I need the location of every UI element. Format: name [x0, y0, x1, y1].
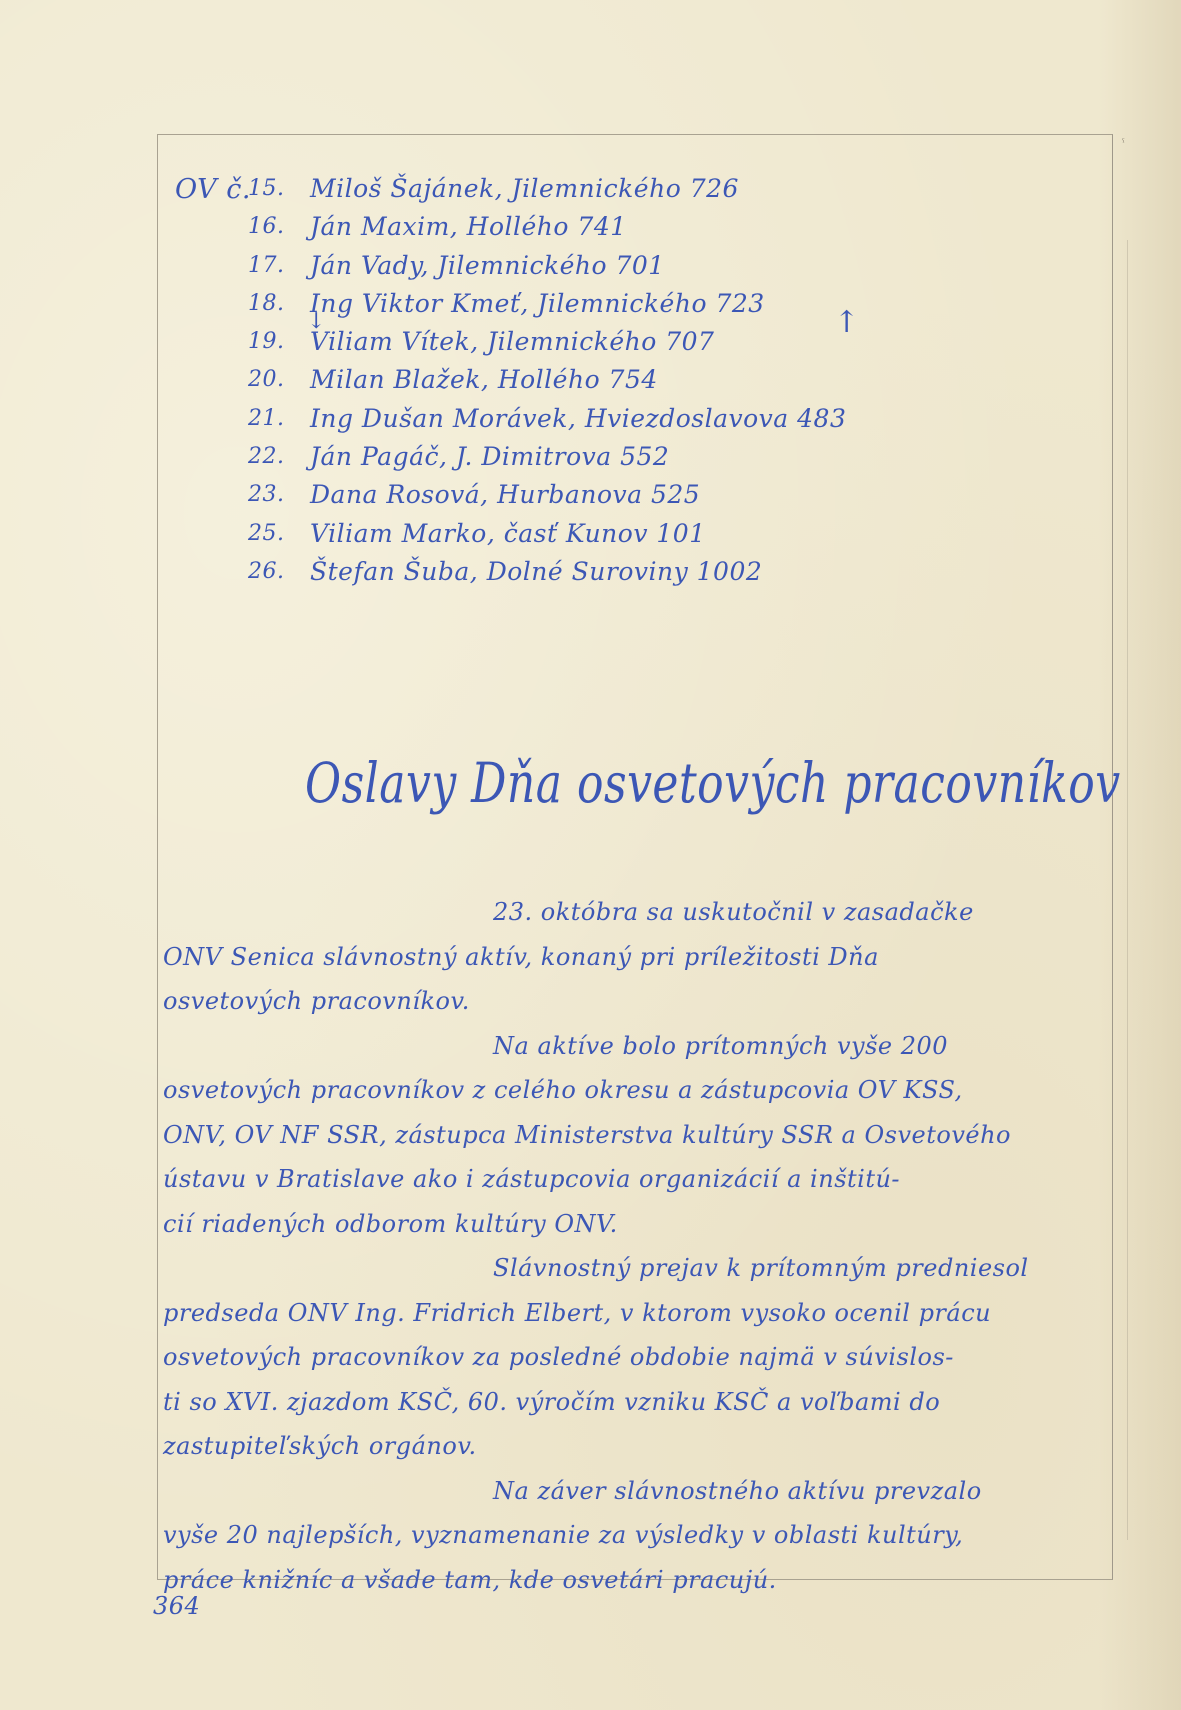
list-item: 21. Ing Dušan Morávek, Hviezdoslavova 48…: [248, 400, 846, 438]
list-item-number: 18.: [248, 285, 310, 323]
list-item-text: Miloš Šajánek, Jilemnického 726: [310, 170, 739, 208]
page-number: 364: [153, 1592, 200, 1620]
text-line: zastupiteľských orgánov.: [163, 1424, 1103, 1469]
list-item-text: Dana Rosová, Hurbanova 525: [310, 476, 700, 514]
text-line: predseda ONV Ing. Fridrich Elbert, v kto…: [163, 1291, 1103, 1336]
text-line: ústavu v Bratislave ako i zástupcovia or…: [163, 1157, 1103, 1202]
list-item: 19. Viliam Vítek, Jilemnického 707: [248, 323, 846, 361]
list-item: 20. Milan Blažek, Hollého 754: [248, 361, 846, 399]
section-title: Oslavy Dňa osvetových pracovníkov: [305, 752, 1121, 816]
text-line: cií riadených odborom kultúry ONV.: [163, 1202, 1103, 1247]
list-item-number: 23.: [248, 476, 310, 514]
list-item: 23. Dana Rosová, Hurbanova 525: [248, 476, 846, 514]
text-line: osvetových pracovníkov za posledné obdob…: [163, 1335, 1103, 1380]
list-prefix: OV č.: [175, 174, 251, 205]
list-item-number: 16.: [248, 208, 310, 246]
arrow-down-icon: ↓: [307, 309, 326, 334]
list-item-text: Milan Blažek, Hollého 754: [310, 361, 658, 399]
list-item-number: 22.: [248, 438, 310, 476]
list-item-number: 19.: [248, 323, 310, 361]
name-address-list: 15. Miloš Šajánek, Jilemnického 726 16. …: [248, 170, 846, 591]
text-line: práce knižníc a všade tam, kde osvetári …: [163, 1558, 1103, 1603]
list-item-text: Ján Pagáč, J. Dimitrova 552: [310, 438, 669, 476]
list-item: 15. Miloš Šajánek, Jilemnického 726: [248, 170, 846, 208]
list-item-number: 15.: [248, 170, 310, 208]
list-item: 17. Ján Vady, Jilemnického 701: [248, 247, 846, 285]
list-item-number: 26.: [248, 553, 310, 591]
list-item: 16. Ján Maxim, Hollého 741: [248, 208, 846, 246]
text-line: osvetových pracovníkov.: [163, 979, 1103, 1024]
text-line: Slávnostný prejav k prítomným predniesol: [163, 1246, 1103, 1291]
section-body: 23. októbra sa uskutočnil v zasadačke ON…: [163, 890, 1103, 1602]
margin-line: [1127, 240, 1128, 1540]
text-line: 23. októbra sa uskutočnil v zasadačke: [163, 890, 1103, 935]
list-item: 22. Ján Pagáč, J. Dimitrova 552: [248, 438, 846, 476]
list-item-text: Ján Maxim, Hollého 741: [310, 208, 627, 246]
text-line: osvetových pracovníkov z celého okresu a…: [163, 1068, 1103, 1113]
text-line: vyše 20 najlepších, vyznamenanie za výsl…: [163, 1513, 1103, 1558]
list-item: 26. Štefan Šuba, Dolné Suroviny 1002: [248, 553, 846, 591]
list-item: 18. Ing Viktor Kmeť, Jilemnického 723: [248, 285, 846, 323]
text-line: ONV, OV NF SSR, zástupca Ministerstva ku…: [163, 1113, 1103, 1158]
list-item-text: Ing Viktor Kmeť, Jilemnického 723: [310, 285, 765, 323]
text-line: Na aktíve bolo prítomných vyše 200: [163, 1024, 1103, 1069]
pencil-mark: ˤ: [1122, 138, 1125, 149]
text-line: ti so XVI. zjazdom KSČ, 60. výročím vzni…: [163, 1380, 1103, 1425]
list-item-text: Ján Vady, Jilemnického 701: [310, 247, 665, 285]
list-item-number: 17.: [248, 247, 310, 285]
list-item-number: 21.: [248, 400, 310, 438]
list-item-number: 25.: [248, 515, 310, 553]
list-item: 25. Viliam Marko, časť Kunov 101: [248, 515, 846, 553]
scanned-page: ˤ OV č. 15. Miloš Šajánek, Jilemnického …: [0, 0, 1181, 1710]
text-line: ONV Senica slávnostný aktív, konaný pri …: [163, 935, 1103, 980]
list-item-text: Štefan Šuba, Dolné Suroviny 1002: [310, 553, 762, 591]
list-item-number: 20.: [248, 361, 310, 399]
list-item-text: Ing Dušan Morávek, Hviezdoslavova 483: [310, 400, 846, 438]
arrow-up-icon: ↑: [834, 305, 860, 340]
text-line: Na záver slávnostného aktívu prevzalo: [163, 1469, 1103, 1514]
list-item-text: Viliam Marko, časť Kunov 101: [310, 515, 706, 553]
list-item-text: Viliam Vítek, Jilemnického 707: [310, 323, 714, 361]
